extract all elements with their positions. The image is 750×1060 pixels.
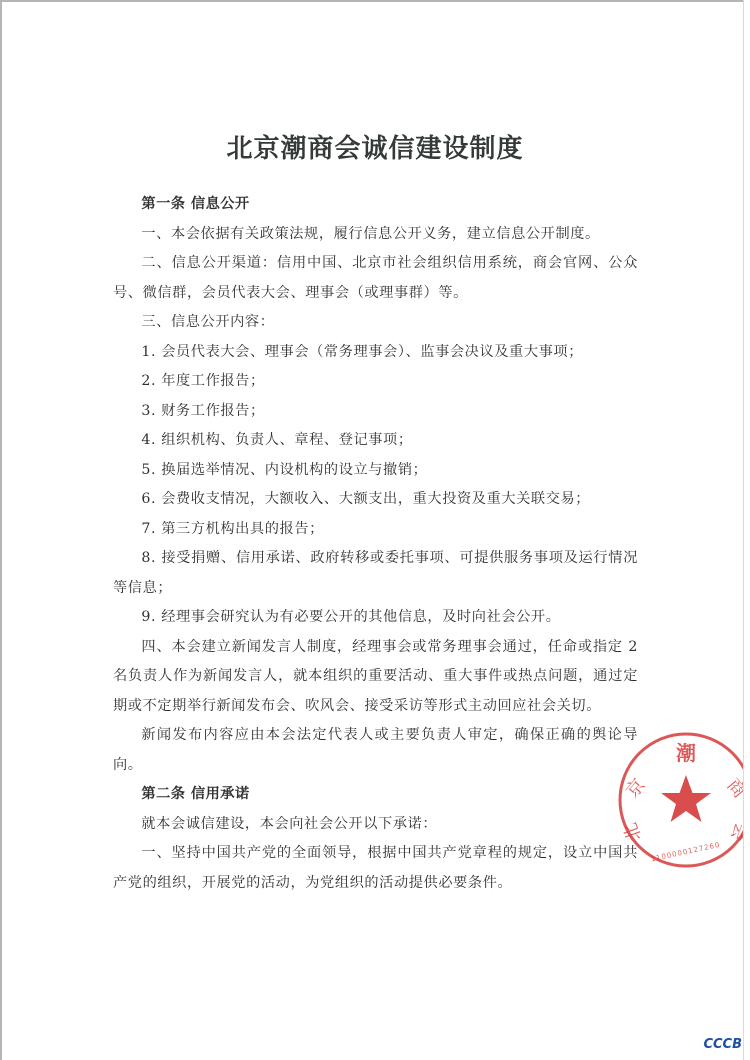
list-item: 6. 会费收支情况，大额收入、大额支出，重大投资及重大关联交易；: [113, 485, 638, 515]
paragraph: 新闻发布内容应由本会法定代表人或主要负责人审定，确保正确的舆论导向。: [113, 721, 638, 780]
list-item: 1. 会员代表大会、理事会（常务理事会）、监事会决议及重大事项；: [113, 338, 638, 368]
list-item: 3. 财务工作报告；: [113, 397, 638, 427]
list-item: 8. 接受捐赠、信用承诺、政府转移或委托事项、可提供服务事项及运行情况等信息；: [113, 544, 638, 603]
paragraph: 三、信息公开内容：: [113, 308, 638, 338]
cccb-watermark-logo: CCCB: [703, 1037, 742, 1052]
paragraph: 一、本会依据有关政策法规，履行信息公开义务，建立信息公开制度。: [113, 220, 638, 250]
paragraph: 二、信息公开渠道：信用中国、北京市社会组织信用系统，商会官网、公众号、微信群，会…: [113, 249, 638, 308]
paragraph: 就本会诚信建设，本会向社会公开以下承诺：: [113, 810, 638, 840]
list-item: 2. 年度工作报告；: [113, 367, 638, 397]
list-item: 5. 换届选举情况、内设机构的设立与撤销；: [113, 456, 638, 486]
list-item: 7. 第三方机构出具的报告；: [113, 515, 638, 545]
paragraph: 一、坚持中国共产党的全面领导，根据中国共产党章程的规定，设立中国共产党的组织，开…: [113, 839, 638, 898]
paragraph: 四、本会建立新闻发言人制度，经理事会或常务理事会通过，任命或指定 2 名负责人作…: [113, 633, 638, 722]
list-item: 4. 组织机构、负责人、章程、登记事项；: [113, 426, 638, 456]
section-heading: 第二条 信用承诺: [113, 780, 638, 810]
section-heading: 第一条 信息公开: [113, 190, 638, 220]
document-body: 第一条 信息公开 一、本会依据有关政策法规，履行信息公开义务，建立信息公开制度。…: [113, 190, 638, 898]
document-title: 北京潮商会诚信建设制度: [0, 128, 750, 165]
list-item: 9. 经理事会研究认为有必要公开的其他信息，及时向社会公开。: [113, 603, 638, 633]
